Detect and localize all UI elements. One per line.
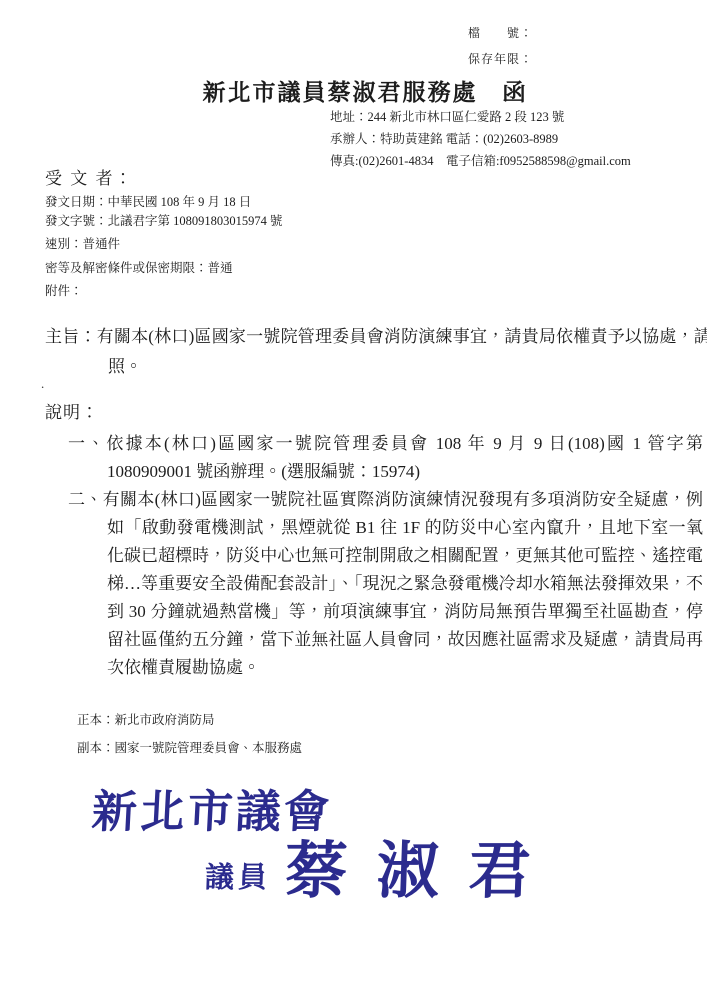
explanation-item-1: 一、依據本(林口)區國家一號院管理委員會 108 年 9 月 9 日(108)國… [68, 430, 703, 486]
signature-councilor-name: 蔡淑君 [284, 838, 562, 906]
sender-info-block: 地址：244 新北市林口區仁愛路 2 段 123 號 承辦人：特助黃建銘 電話：… [330, 106, 631, 172]
attachment-label: 附件： [45, 281, 83, 299]
original-copy-recipient: 正本：新北市政府消防局 [77, 710, 215, 728]
subject-paragraph: 主旨：有關本(林口)區國家一號院管理委員會消防演練事宜，請貴局依權責予以協處，請… [45, 322, 707, 382]
archive-number-block: 檔 號： 保存年限： [468, 20, 533, 72]
stray-dot-mark: . [41, 376, 44, 392]
explanation-label: 說明： [45, 398, 99, 423]
signature-row: 議員 蔡淑君 [205, 838, 560, 906]
sender-fax-email: 傳真:(02)2601-4834 電子信箱:f0952588598@gmail.… [330, 150, 631, 172]
item-2-number: 二、 [68, 490, 103, 509]
document-number: 發文字號：北議君字第 108091803015974 號 [45, 211, 283, 229]
signature-councilor-title: 議員 [204, 855, 271, 896]
file-number-label: 檔 號： [468, 20, 533, 46]
carbon-copy-recipients: 副本：國家一號院管理委員會、本服務處 [77, 738, 302, 756]
signature-council-name: 新北市議會 [90, 775, 333, 840]
document-title: 新北市議員蔡淑君服務處 函 [203, 74, 528, 107]
explanation-item-2: 二、有關本(林口)區國家一號院社區實際消防演練情況發現有多項消防安全疑慮，例如「… [68, 486, 703, 682]
issue-date: 發文日期：中華民國 108 年 9 月 18 日 [45, 192, 251, 210]
delivery-speed: 速別：普通件 [45, 234, 120, 252]
security-classification: 密等及解密條件或保密期限：普通 [45, 258, 233, 276]
retention-period-label: 保存年限： [468, 46, 533, 72]
sender-contact: 承辦人：特助黃建銘 電話：(02)2603-8989 [330, 128, 631, 150]
official-letter-page: 檔 號： 保存年限： 新北市議員蔡淑君服務處 函 地址：244 新北市林口區仁愛… [0, 0, 707, 1000]
item-1-text: 依據本(林口)區國家一號院管理委員會 108 年 9 月 9 日(108)國 1… [106, 434, 703, 481]
item-1-number: 一、 [68, 434, 106, 453]
item-2-text: 有關本(林口)區國家一號院社區實際消防演練情況發現有多項消防安全疑慮，例如「啟動… [103, 490, 703, 677]
sender-address: 地址：244 新北市林口區仁愛路 2 段 123 號 [330, 106, 631, 128]
recipient-label: 受 文 者： [45, 164, 134, 189]
